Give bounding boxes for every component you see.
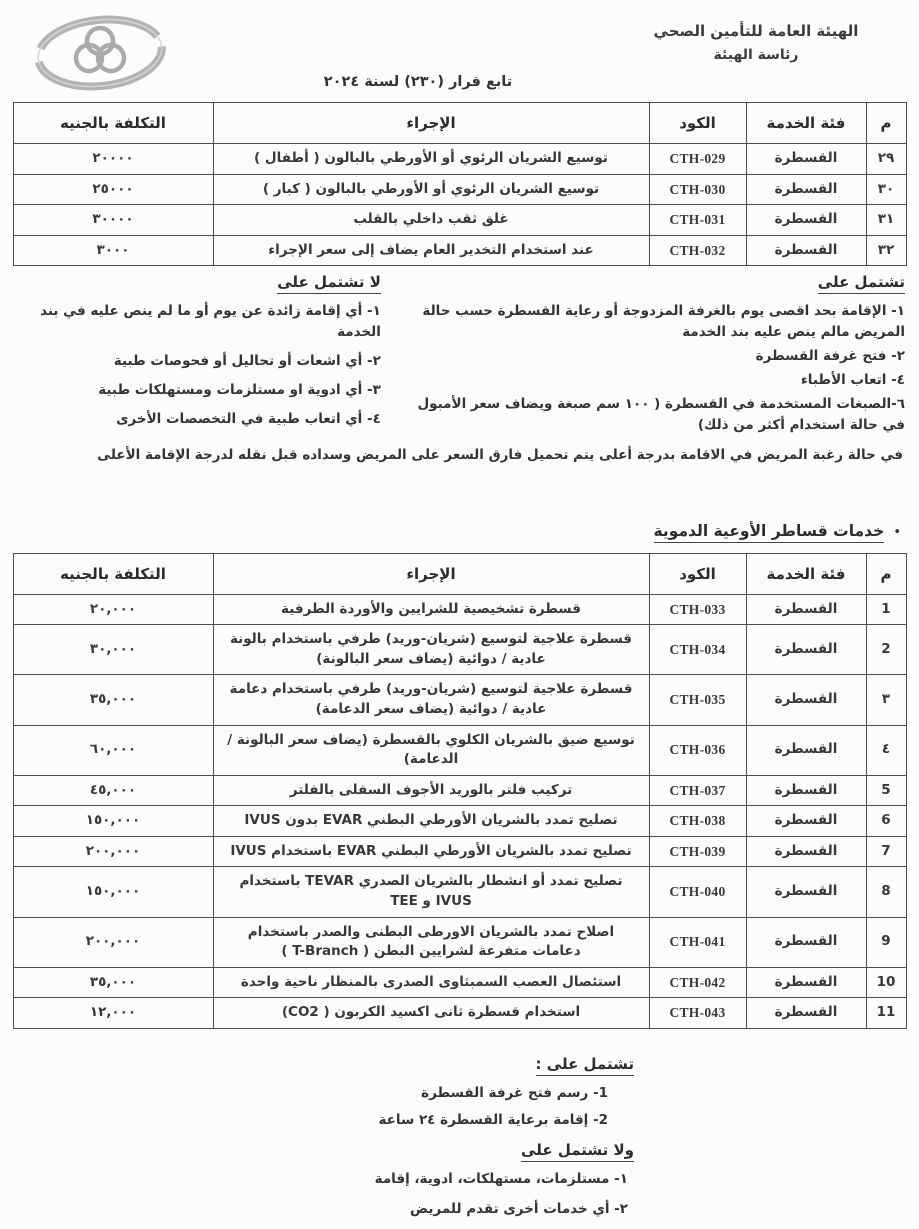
cell-no: ٣٢ (866, 235, 906, 266)
cell-cost: ١٥٠,٠٠٠ (13, 867, 213, 917)
cell-category: القسطرة (746, 806, 866, 837)
note-item: ٣- أي ادوية او مستلزمات ومستهلكات طبية (10, 380, 381, 401)
table-row: ٤القسطرةCTH-036توسيع ضيق بالشريان الكلوي… (13, 725, 906, 775)
includes-heading-2: تشتمل على : (536, 1055, 634, 1076)
table-row: 11القسطرةCTH-043استخدام قسطرة ثانى اكسيد… (13, 998, 906, 1029)
cell-cost: ١٥٠,٠٠٠ (13, 806, 213, 837)
cell-procedure: تصليح تمدد بالشريان الأورطي البطني EVAR … (213, 806, 649, 837)
table-row: 2القسطرةCTH-034قسطرة علاجية لتوسيع (شريا… (13, 625, 906, 675)
cell-category: القسطرة (746, 836, 866, 867)
cell-code: CTH-034 (649, 625, 746, 675)
cell-category: القسطرة (746, 675, 866, 725)
cell-procedure: غلق ثقب داخلي بالقلب (213, 205, 649, 236)
note-item: ١- أي إقامة زائدة عن يوم أو ما لم ينص عل… (10, 301, 381, 343)
note-item: 1- رسم فتح غرفة القسطرة (244, 1083, 634, 1104)
cell-procedure: استئصال العصب السمبثاوى الصدرى بالمنظار … (213, 967, 649, 998)
cell-cost: ٤٥,٠٠٠ (13, 775, 213, 806)
cell-code: CTH-036 (649, 725, 746, 775)
decree-title: تابع قرار (٢٣٠) لسنة ٢٠٢٤ (288, 74, 548, 90)
table2-notes: تشتمل على : 1- رسم فتح غرفة القسطرة2- إق… (244, 1051, 634, 1220)
catheter-services-table-1: مفئة الخدمةالكودالإجراءالتكلفة بالجنيه ٢… (13, 102, 907, 266)
section2-title: خدمات قساطر الأوعية الدموية (654, 522, 885, 543)
cell-code: CTH-030 (649, 174, 746, 205)
note-item: ٢- فتح غرفة القسطرة (413, 346, 905, 367)
note-item: ٤- اتعاب الأطباء (413, 370, 905, 391)
table-row: ٣١القسطرةCTH-031غلق ثقب داخلي بالقلب٣٠٠٠… (13, 205, 906, 236)
cell-category: القسطرة (746, 625, 866, 675)
cell-category: القسطرة (746, 235, 866, 266)
table-row: ٢٩القسطرةCTH-029توسيع الشريان الرئوي أو … (13, 144, 906, 175)
note-item: ٢- أي اشعات أو تحاليل أو فحوصات طبية (10, 351, 381, 372)
excludes-block-2: ولا تشتمل على ١- مستلزمات، مستهلكات، ادو… (244, 1137, 634, 1220)
table-row: ٣القسطرةCTH-035قسطرة علاجية لتوسيع (شريا… (13, 675, 906, 725)
cell-cost: ٢٠,٠٠٠ (13, 594, 213, 625)
table1-header-row: مفئة الخدمةالكودالإجراءالتكلفة بالجنيه (13, 103, 906, 144)
column-header: م (866, 103, 906, 144)
bullet-icon: • (893, 525, 901, 540)
cell-cost: ١٢,٠٠٠ (13, 998, 213, 1029)
cell-code: CTH-029 (649, 144, 746, 175)
cell-procedure: استخدام قسطرة ثانى اكسيد الكربون ( CO2) (213, 998, 649, 1029)
cell-no: 5 (866, 775, 906, 806)
excludes-heading-2: ولا تشتمل على (521, 1141, 634, 1162)
cell-category: القسطرة (746, 775, 866, 806)
organization-name: الهيئة العامة للتأمين الصحي رئاسة الهيئة (621, 22, 891, 63)
cell-code: CTH-043 (649, 998, 746, 1029)
note-item: ٦-الصبغات المستخدمة في القسطرة ( ١٠٠ سم … (413, 394, 905, 436)
cell-no: 8 (866, 867, 906, 917)
health-insurance-authority-seal-icon (30, 12, 170, 94)
note-item: 2- إقامة برعاية القسطرة ٢٤ ساعة (244, 1110, 634, 1131)
cell-procedure: توسيع ضيق بالشريان الكلوي بالقسطرة (يضاف… (213, 725, 649, 775)
excludes-list: ١- أي إقامة زائدة عن يوم أو ما لم ينص عل… (10, 301, 381, 430)
cell-cost: ٣٠٠٠٠ (13, 205, 213, 236)
cell-code: CTH-037 (649, 775, 746, 806)
cell-no: 2 (866, 625, 906, 675)
cell-procedure: قسطرة علاجية لتوسيع (شريان-وريد) طرفي با… (213, 675, 649, 725)
cell-procedure: تركيب فلتر بالوريد الأجوف السفلى بالفلتر (213, 775, 649, 806)
cell-procedure: اصلاح تمدد بالشريان الاورطى البطنى والصد… (213, 917, 649, 967)
column-header: الإجراء (213, 553, 649, 594)
column-header: فئة الخدمة (746, 553, 866, 594)
cell-no: 11 (866, 998, 906, 1029)
org-line2: رئاسة الهيئة (621, 47, 891, 63)
note-item: ٢- أي خدمات أخرى تقدم للمريض (244, 1199, 634, 1220)
cell-cost: ٣٠٠٠ (13, 235, 213, 266)
cell-no: 10 (866, 967, 906, 998)
cell-category: القسطرة (746, 967, 866, 998)
column-header: الإجراء (213, 103, 649, 144)
table2-header-row: مفئة الخدمةالكودالإجراءالتكلفة بالجنيه (13, 553, 906, 594)
cell-category: القسطرة (746, 594, 866, 625)
cell-procedure: تصليح تمدد أو انشطار بالشريان الصدري TEV… (213, 867, 649, 917)
column-header: الكود (649, 103, 746, 144)
cell-cost: ٦٠,٠٠٠ (13, 725, 213, 775)
cell-category: القسطرة (746, 917, 866, 967)
cell-procedure: توسيع الشريان الرئوي أو الأورطي بالبالون… (213, 174, 649, 205)
cell-cost: ٣٠,٠٠٠ (13, 625, 213, 675)
cell-no: 6 (866, 806, 906, 837)
cell-category: القسطرة (746, 998, 866, 1029)
cell-code: CTH-042 (649, 967, 746, 998)
page-header: الهيئة العامة للتأمين الصحي رئاسة الهيئة… (0, 0, 919, 102)
includes-list-2: 1- رسم فتح غرفة القسطرة2- إقامة برعاية ا… (244, 1083, 634, 1131)
cell-category: القسطرة (746, 205, 866, 236)
column-header: م (866, 553, 906, 594)
cell-category: القسطرة (746, 144, 866, 175)
table-row: 6القسطرةCTH-038تصليح تمدد بالشريان الأور… (13, 806, 906, 837)
table-row: 9القسطرةCTH-041اصلاح تمدد بالشريان الاور… (13, 917, 906, 967)
cell-code: CTH-039 (649, 836, 746, 867)
vascular-catheter-services-table: مفئة الخدمةالكودالإجراءالتكلفة بالجنيه 1… (13, 553, 907, 1029)
column-header: الكود (649, 553, 746, 594)
excludes-block: لا تشتمل على ١- أي إقامة زائدة عن يوم أو… (10, 272, 395, 439)
cell-procedure: قسطرة تشخيصية للشرايين والأوردة الطرفية (213, 594, 649, 625)
cell-cost: ٢٠٠,٠٠٠ (13, 836, 213, 867)
table-row: 1القسطرةCTH-033قسطرة تشخيصية للشرايين وا… (13, 594, 906, 625)
cell-no: 7 (866, 836, 906, 867)
cell-code: CTH-031 (649, 205, 746, 236)
cell-procedure: تصليح تمدد بالشريان الأورطي البطني EVAR … (213, 836, 649, 867)
cell-procedure: توسيع الشريان الرئوي أو الأورطي بالبالون… (213, 144, 649, 175)
cell-no: 9 (866, 917, 906, 967)
table-row: 5القسطرةCTH-037تركيب فلتر بالوريد الأجوف… (13, 775, 906, 806)
includes-list: ١- الإقامة بحد اقصى يوم بالغرفة المزدوجة… (413, 301, 905, 436)
table-row: 8القسطرةCTH-040تصليح تمدد أو انشطار بالش… (13, 867, 906, 917)
cell-procedure: قسطرة علاجية لتوسيع (شريان-وريد) طرفي با… (213, 625, 649, 675)
cell-cost: ٣٥,٠٠٠ (13, 967, 213, 998)
excludes-list-2: ١- مستلزمات، مستهلكات، ادوية، إقامة٢- أي… (244, 1169, 634, 1220)
cell-code: CTH-033 (649, 594, 746, 625)
cell-code: CTH-038 (649, 806, 746, 837)
note-item: ١- مستلزمات، مستهلكات، ادوية، إقامة (244, 1169, 634, 1190)
note-item: ١- الإقامة بحد اقصى يوم بالغرفة المزدوجة… (413, 301, 905, 343)
table1-notes: تشتمل على ١- الإقامة بحد اقصى يوم بالغرف… (0, 266, 919, 439)
cell-cost: ٣٥,٠٠٠ (13, 675, 213, 725)
cell-code: CTH-041 (649, 917, 746, 967)
section2-heading-wrap: • خدمات قساطر الأوعية الدموية (0, 521, 901, 543)
cell-no: ٣٠ (866, 174, 906, 205)
cell-code: CTH-035 (649, 675, 746, 725)
cell-category: القسطرة (746, 174, 866, 205)
scanned-decree-page: الهيئة العامة للتأمين الصحي رئاسة الهيئة… (0, 0, 919, 1229)
cell-cost: ٢٠٠٠٠ (13, 144, 213, 175)
cell-cost: ٢٥٠٠٠ (13, 174, 213, 205)
column-header: التكلفة بالجنيه (13, 103, 213, 144)
column-header: فئة الخدمة (746, 103, 866, 144)
includes-heading: تشتمل على (818, 273, 905, 294)
cell-no: ٣ (866, 675, 906, 725)
table-row: ٣٢القسطرةCTH-032عند استخدام التخدير العا… (13, 235, 906, 266)
includes-block: تشتمل على ١- الإقامة بحد اقصى يوم بالغرف… (395, 272, 905, 439)
excludes-heading: لا تشتمل على (277, 273, 381, 294)
cell-no: ٢٩ (866, 144, 906, 175)
table-row: 10القسطرةCTH-042استئصال العصب السمبثاوى … (13, 967, 906, 998)
cell-procedure: عند استخدام التخدير العام يضاف إلى سعر ا… (213, 235, 649, 266)
cell-no: ٣١ (866, 205, 906, 236)
cell-category: القسطرة (746, 867, 866, 917)
cell-no: 1 (866, 594, 906, 625)
cell-code: CTH-032 (649, 235, 746, 266)
org-line1: الهيئة العامة للتأمين الصحي (621, 22, 891, 40)
upgrade-accommodation-note: في حالة رغبة المريض في الاقامة بدرجة أعل… (0, 439, 919, 463)
cell-category: القسطرة (746, 725, 866, 775)
table-row: 7القسطرةCTH-039تصليح تمدد بالشريان الأور… (13, 836, 906, 867)
column-header: التكلفة بالجنيه (13, 553, 213, 594)
cell-code: CTH-040 (649, 867, 746, 917)
cell-cost: ٢٠٠,٠٠٠ (13, 917, 213, 967)
note-item: ٤- أي اتعاب طبية في التخصصات الأخرى (10, 409, 381, 430)
cell-no: ٤ (866, 725, 906, 775)
table-row: ٣٠القسطرةCTH-030توسيع الشريان الرئوي أو … (13, 174, 906, 205)
includes-block-2: تشتمل على : 1- رسم فتح غرفة القسطرة2- إق… (244, 1051, 634, 1131)
